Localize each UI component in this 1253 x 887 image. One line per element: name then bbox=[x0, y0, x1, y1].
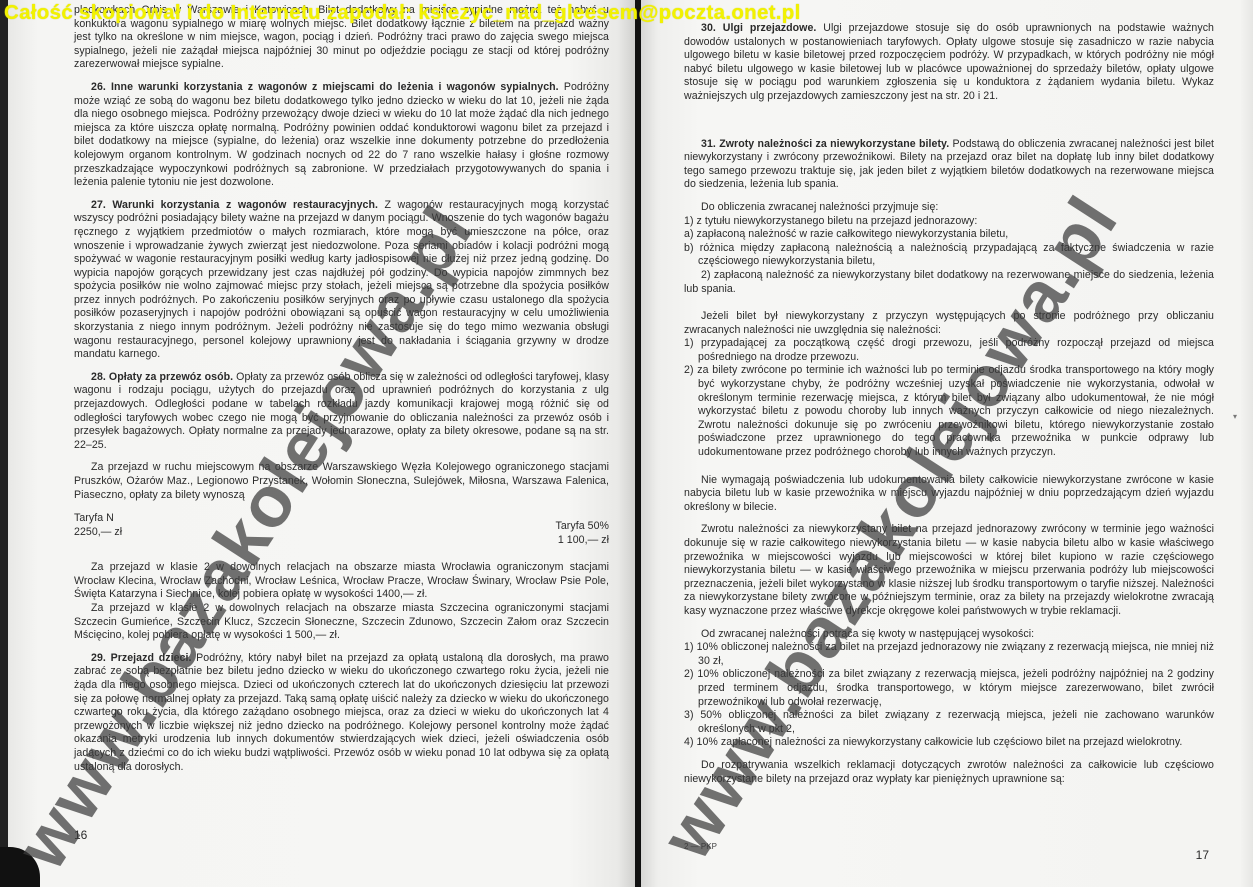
wroclaw-fares-paragraph: Za przejazd w klasie 2 w dowolnych relac… bbox=[74, 561, 609, 602]
section-31-title: 31. Zwroty należności za niewykorzystane… bbox=[701, 138, 949, 150]
tariff-50: Taryfa 50% 1 100,— zł bbox=[556, 520, 610, 547]
traveler-intro: Jeżeli bilet był niewykorzystany z przyc… bbox=[684, 310, 1214, 337]
book-spread: plackowkach Orbis w Warszawie i Katowica… bbox=[0, 0, 1253, 887]
refund-paragraph: Zwrotu należności za niewykorzystany bil… bbox=[684, 523, 1214, 618]
calc-intro: Do obliczenia zwracanej należności przyj… bbox=[684, 201, 1214, 215]
margin-mark: ▾ bbox=[1233, 412, 1237, 421]
calc-item: b) różnica między zapłaconą należnością … bbox=[684, 242, 1214, 269]
tariff-50-value: 1 100,— zł bbox=[556, 534, 610, 548]
scan-edge bbox=[0, 0, 8, 887]
tariff-50-label: Taryfa 50% bbox=[556, 520, 610, 534]
section-26-body: Podróżny może wziąć ze sobą do wagonu be… bbox=[74, 81, 609, 188]
section-26: 26. Inne warunki korzystania z wagonów z… bbox=[74, 81, 609, 190]
copy-banner: Całość skopiował i do Internetu zapodał:… bbox=[4, 1, 801, 25]
section-30: 30. Ulgi przejazdowe. Ulgi przejazdowe s… bbox=[684, 22, 1214, 104]
calc-item: a) zapłaconą należność w razie całkowite… bbox=[684, 228, 1214, 242]
book-spine bbox=[635, 0, 641, 887]
tariff-n-label: Taryfa N bbox=[74, 512, 122, 526]
tariff-table: Taryfa N 2250,— zł Taryfa 50% 1 100,— zł bbox=[74, 512, 609, 552]
deduct-intro: Od zwracanej należności potrąca się kwot… bbox=[684, 628, 1214, 642]
section-31: 31. Zwroty należności za niewykorzystane… bbox=[684, 138, 1214, 192]
section-26-title: 26. Inne warunki korzystania z wagonów z… bbox=[91, 81, 559, 93]
tariff-n-value: 2250,— zł bbox=[74, 526, 122, 540]
tariff-n: Taryfa N 2250,— zł bbox=[74, 512, 122, 539]
page-number-right: 17 bbox=[1196, 848, 1209, 862]
calc-item: 2) zapłaconą należność za niewykorzystan… bbox=[684, 269, 1214, 296]
section-28-title: 28. Opłaty za przewóz osób. bbox=[91, 371, 233, 383]
section-27-title: 27. Warunki korzystania z wagonów restau… bbox=[91, 199, 378, 211]
warsaw-fares-paragraph: Za przejazd w ruchu miejscowym na obszar… bbox=[74, 461, 609, 502]
